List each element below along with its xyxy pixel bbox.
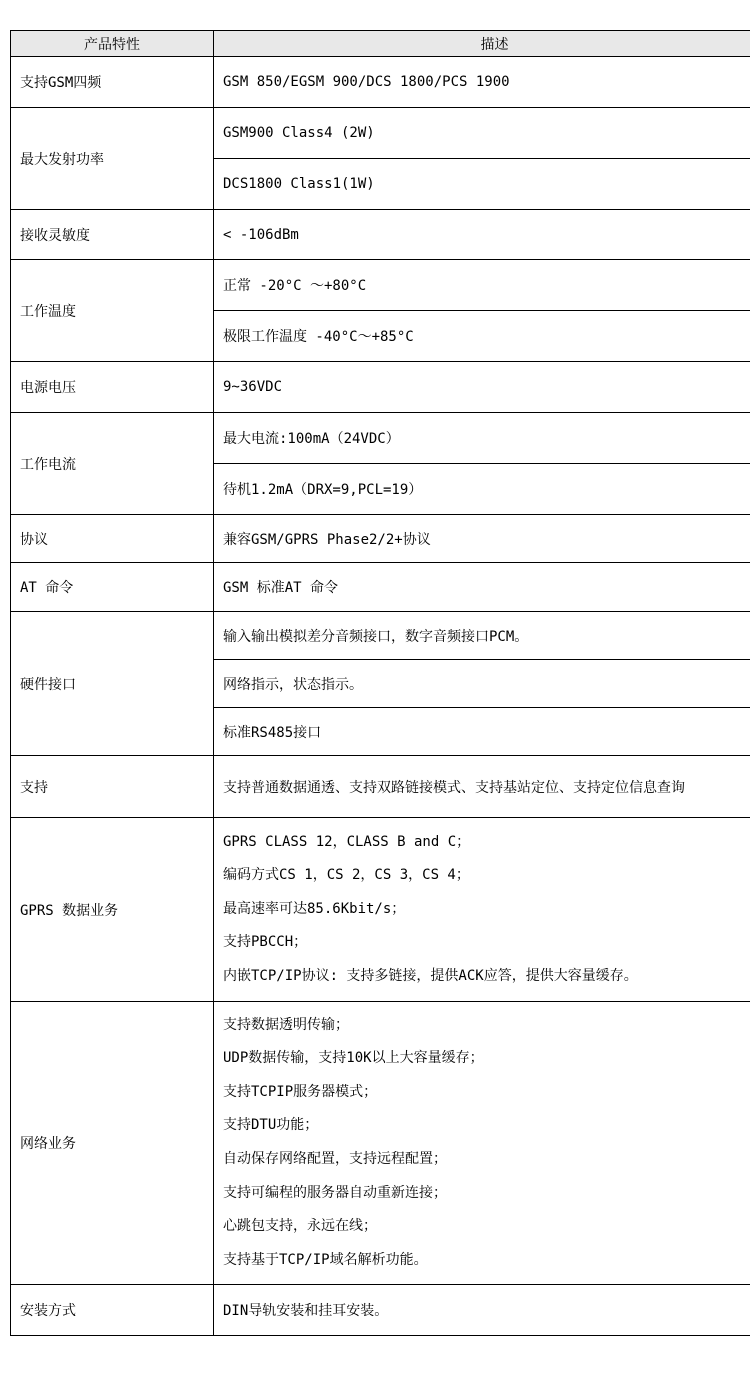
- feature-cell: 协议: [11, 515, 214, 563]
- description-cell: 正常 -20°C ～+80°C: [214, 260, 750, 311]
- feature-cell: GPRS 数据业务: [11, 818, 214, 1002]
- spec-table-container: 产品特性 描述 支持GSM四频 GSM 850/EGSM 900/DCS 180…: [10, 30, 750, 1340]
- description-line: 支持数据透明传输；: [223, 1009, 750, 1043]
- table-row: 工作温度 正常 -20°C ～+80°C: [11, 260, 750, 311]
- table-row: 安装方式 DIN导轨安装和挂耳安装。: [11, 1285, 750, 1336]
- description-cell: 输入输出模拟差分音频接口，数字音频接口PCM。: [214, 612, 750, 660]
- description-cell: 网络指示，状态指示。: [214, 660, 750, 708]
- description-cell: 极限工作温度 -40°C～+85°C: [214, 311, 750, 362]
- description-line: 支持TCPIP服务器模式；: [223, 1076, 750, 1110]
- table-row: GPRS 数据业务 GPRS CLASS 12，CLASS B and C； 编…: [11, 818, 750, 1002]
- description-cell: DCS1800 Class1(1W): [214, 159, 750, 210]
- feature-cell: 安装方式: [11, 1285, 214, 1336]
- description-cell: 标准RS485接口: [214, 708, 750, 756]
- feature-column-header: 产品特性: [11, 31, 214, 57]
- feature-cell: 接收灵敏度: [11, 210, 214, 260]
- description-cell: 最大电流:100mA（24VDC）: [214, 413, 750, 464]
- description-line: UDP数据传输，支持10K以上大容量缓存；: [223, 1042, 750, 1076]
- table-row: 支持 支持普通数据通透、支持双路链接模式、支持基站定位、支持定位信息查询: [11, 756, 750, 818]
- description-cell: 待机1.2mA（DRX=9,PCL=19）: [214, 464, 750, 515]
- description-cell: 兼容GSM/GPRS Phase2/2+协议: [214, 515, 750, 563]
- table-row: AT 命令 GSM 标准AT 命令: [11, 563, 750, 612]
- table-row: 电源电压 9~36VDC: [11, 362, 750, 413]
- table-row: 接收灵敏度 < -106dBm: [11, 210, 750, 260]
- description-column-header: 描述: [214, 31, 750, 57]
- feature-cell: 网络业务: [11, 1002, 214, 1285]
- table-row: 硬件接口 输入输出模拟差分音频接口，数字音频接口PCM。: [11, 612, 750, 660]
- description-cell: 9~36VDC: [214, 362, 750, 413]
- table-row: 最大发射功率 GSM900 Class4 (2W): [11, 108, 750, 159]
- product-spec-table: 产品特性 描述 支持GSM四频 GSM 850/EGSM 900/DCS 180…: [10, 30, 750, 1336]
- description-cell: 支持普通数据通透、支持双路链接模式、支持基站定位、支持定位信息查询: [214, 756, 750, 818]
- description-line: 支持DTU功能；: [223, 1109, 750, 1143]
- feature-cell: AT 命令: [11, 563, 214, 612]
- table-row: 网络业务 支持数据透明传输； UDP数据传输，支持10K以上大容量缓存； 支持T…: [11, 1002, 750, 1285]
- description-cell: GSM900 Class4 (2W): [214, 108, 750, 159]
- feature-cell: 工作温度: [11, 260, 214, 362]
- table-row: 协议 兼容GSM/GPRS Phase2/2+协议: [11, 515, 750, 563]
- feature-cell: 硬件接口: [11, 612, 214, 756]
- feature-cell: 工作电流: [11, 413, 214, 515]
- description-line: 内嵌TCP/IP协议: 支持多链接，提供ACK应答，提供大容量缓存。: [223, 960, 750, 994]
- description-cell: DIN导轨安装和挂耳安装。: [214, 1285, 750, 1336]
- feature-cell: 支持: [11, 756, 214, 818]
- description-line: 编码方式CS 1，CS 2，CS 3，CS 4；: [223, 859, 750, 893]
- description-cell: 支持数据透明传输； UDP数据传输，支持10K以上大容量缓存； 支持TCPIP服…: [214, 1002, 750, 1285]
- description-cell: GSM 标准AT 命令: [214, 563, 750, 612]
- feature-cell: 支持GSM四频: [11, 57, 214, 108]
- table-row: 工作电流 最大电流:100mA（24VDC）: [11, 413, 750, 464]
- description-line: GPRS CLASS 12，CLASS B and C；: [223, 826, 750, 860]
- description-cell: < -106dBm: [214, 210, 750, 260]
- description-cell: GPRS CLASS 12，CLASS B and C； 编码方式CS 1，CS…: [214, 818, 750, 1002]
- description-line: 心跳包支持，永远在线；: [223, 1210, 750, 1244]
- description-line: 支持基于TCP/IP域名解析功能。: [223, 1244, 750, 1278]
- table-row: 支持GSM四频 GSM 850/EGSM 900/DCS 1800/PCS 19…: [11, 57, 750, 108]
- description-line: 自动保存网络配置，支持远程配置；: [223, 1143, 750, 1177]
- description-line: 支持PBCCH；: [223, 926, 750, 960]
- description-line: 支持可编程的服务器自动重新连接；: [223, 1177, 750, 1211]
- feature-cell: 电源电压: [11, 362, 214, 413]
- table-header-row: 产品特性 描述: [11, 31, 750, 57]
- description-line: 最高速率可达85.6Kbit/s；: [223, 893, 750, 927]
- description-cell: GSM 850/EGSM 900/DCS 1800/PCS 1900: [214, 57, 750, 108]
- feature-cell: 最大发射功率: [11, 108, 214, 210]
